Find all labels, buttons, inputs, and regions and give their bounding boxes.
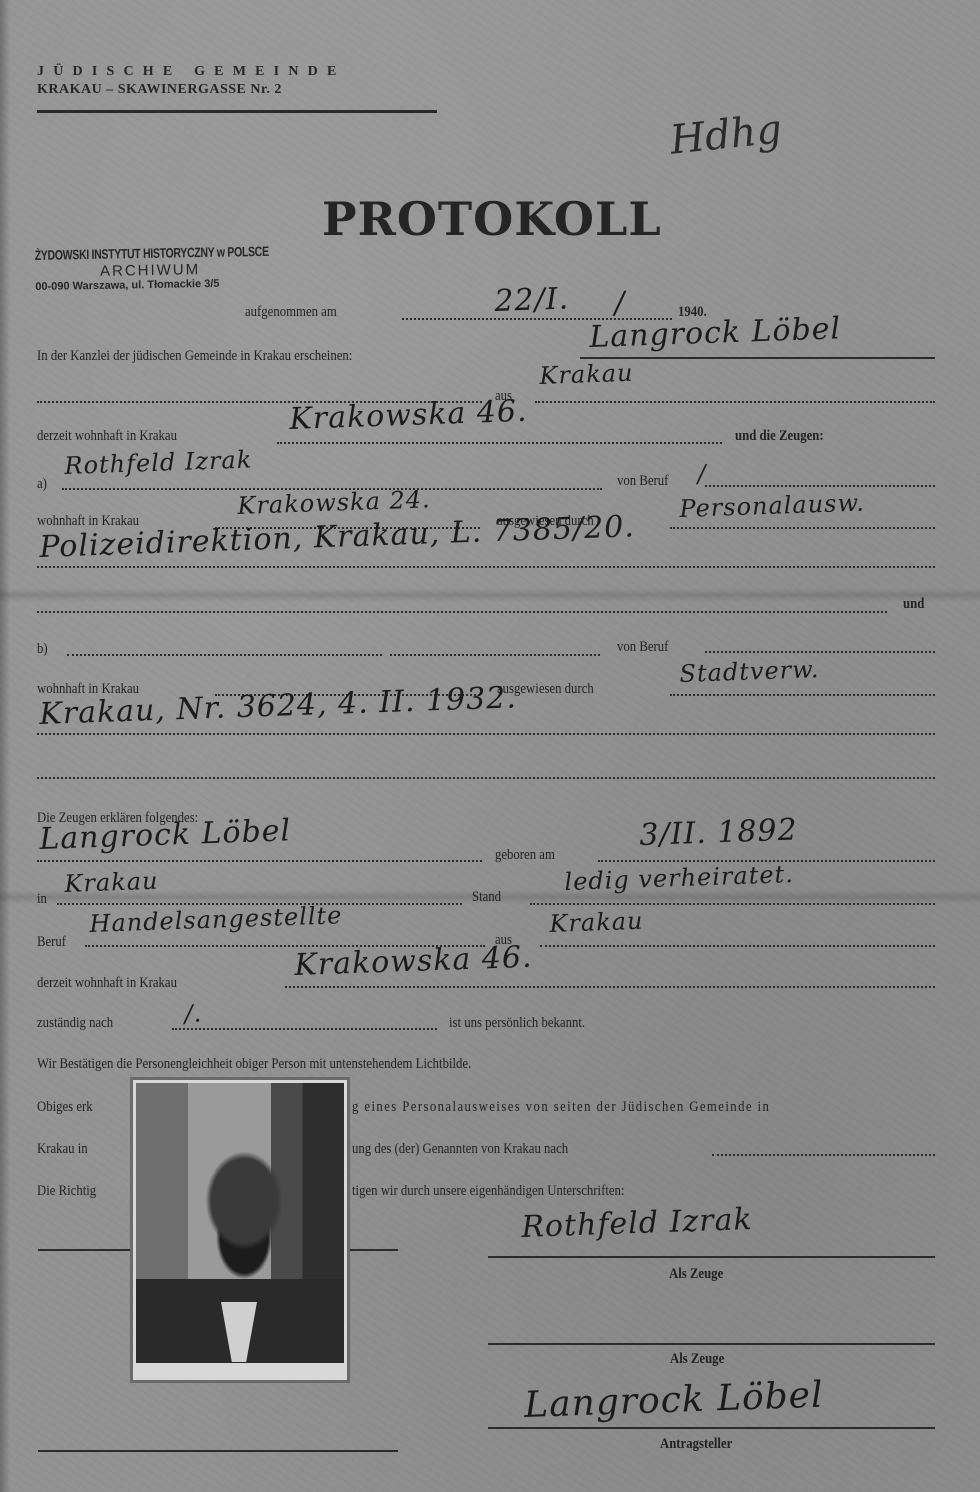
- field-origin: Krakau: [539, 359, 634, 390]
- field-line: [670, 527, 935, 529]
- field-line: [530, 903, 935, 905]
- field-line: [540, 945, 935, 947]
- label-kanzlei: In der Kanzlei der jüdischen Gemeinde in…: [37, 348, 352, 365]
- witness2-label: Als Zeuge: [670, 1351, 724, 1368]
- witness-b-marker: b): [37, 641, 48, 658]
- label-geboren: geboren am: [495, 847, 555, 864]
- richtig-text-right: tigen wir durch unsere eigenhändigen Unt…: [352, 1183, 624, 1200]
- witness1-label: Als Zeuge: [669, 1266, 723, 1283]
- archive-stamp: ŻYDOWSKI INSTYTUT HISTORYCZNY w POLSCE A…: [35, 246, 270, 293]
- obiges-text-left: Obiges erk: [37, 1099, 93, 1116]
- field-line: [172, 1028, 437, 1030]
- field-line: [37, 860, 482, 862]
- signature-line: [488, 1256, 935, 1258]
- letterhead-underline: [37, 110, 437, 113]
- label-stand: Stand: [472, 889, 501, 906]
- krakau-text-right: ung des (der) Genannten von Krakau nach: [352, 1141, 568, 1158]
- field-line: [535, 401, 935, 403]
- witness-a-marker: a): [37, 476, 47, 493]
- document-title: PROTOKOLL: [322, 192, 662, 246]
- field-line: [37, 566, 935, 568]
- label-zeugen: und die Zeugen:: [735, 428, 824, 445]
- field-line: [67, 654, 382, 656]
- field-line: [670, 694, 935, 696]
- paper-edge-shadow: [0, 0, 10, 1492]
- field-line: [37, 611, 887, 613]
- field-line: [277, 442, 722, 444]
- letterhead-organization: JÜDISCHE GEMEINDE: [37, 64, 345, 80]
- label-wohnhaft-person: derzeit wohnhaft in Krakau: [37, 975, 177, 992]
- label-beruf: von Beruf: [617, 473, 668, 490]
- label-aufgenommen: aufgenommen am: [245, 304, 337, 321]
- confirm-text: Wir Bestätigen die Personengleichheit ob…: [37, 1056, 471, 1073]
- field-date: 22/I.: [494, 281, 570, 319]
- field-line: [705, 485, 935, 487]
- label-wohnhaft: derzeit wohnhaft in Krakau: [37, 428, 177, 445]
- label-beruf-b: von Beruf: [617, 639, 668, 656]
- signature-line: [488, 1343, 935, 1345]
- label-beruf-person: Beruf: [37, 934, 66, 951]
- letterhead-address: KRAKAU – SKAWINERGASSE Nr. 2: [37, 82, 345, 98]
- field-line: [285, 986, 935, 988]
- obiges-text-right: g eines Personalausweises von seiten der…: [352, 1099, 770, 1116]
- label-zustaendig: zuständig nach: [37, 1015, 113, 1032]
- witness-b-id-type: Stadtverw.: [679, 655, 820, 688]
- field-line: [580, 357, 935, 359]
- label-und: und: [903, 596, 924, 613]
- person-birthplace: Krakau: [64, 867, 159, 898]
- signature-line: [38, 1450, 398, 1452]
- field-date-mark: /: [614, 286, 626, 321]
- applicant-label: Antragsteller: [660, 1436, 732, 1453]
- krakau-text-left: Krakau in: [37, 1141, 88, 1158]
- label-in: in: [37, 891, 47, 908]
- signature-line: [488, 1427, 935, 1429]
- field-line: [37, 777, 935, 779]
- person-birthdate: 3/II. 1892: [639, 812, 798, 853]
- field-line: [705, 651, 935, 653]
- person-jurisdiction: /.: [184, 999, 203, 1028]
- field-line: [390, 654, 600, 656]
- richtig-text-left: Die Richtig: [37, 1183, 96, 1200]
- witness-a-beruf: /: [697, 460, 707, 488]
- label-bekannt: ist uns persönlich bekannt.: [449, 1015, 585, 1032]
- fold-crease: [0, 588, 980, 602]
- field-line: [712, 1154, 935, 1156]
- person-origin: Krakau: [549, 907, 644, 938]
- portrait-photo: [133, 1080, 347, 1380]
- letterhead: JÜDISCHE GEMEINDE KRAKAU – SKAWINERGASSE…: [37, 64, 345, 98]
- field-line: [37, 733, 935, 735]
